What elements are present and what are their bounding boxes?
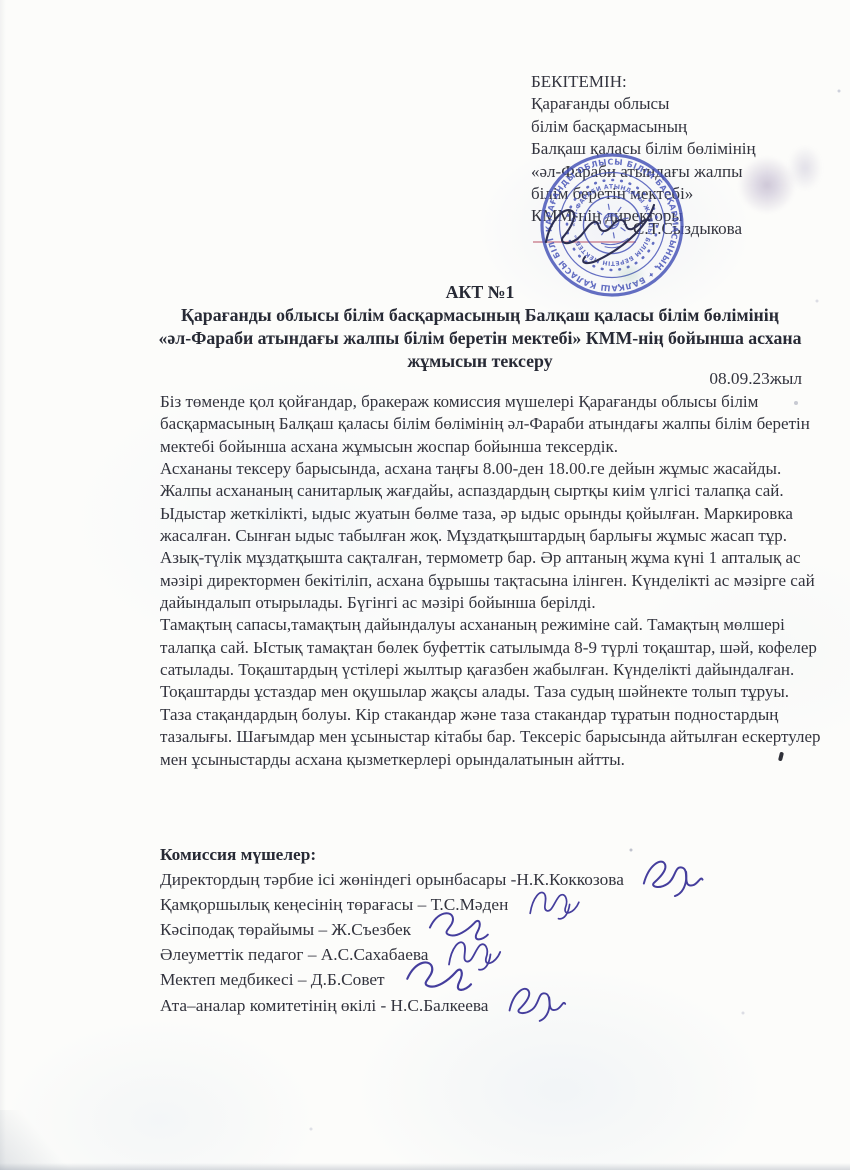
member-signature: [525, 879, 586, 922]
body-line: мәзірі директормен бекітіліп, асхана бұр…: [160, 570, 840, 592]
title-act-number: АКТ №1: [130, 281, 830, 304]
member-signature: [398, 948, 478, 1005]
body-text: Біз төменде қол қойғандар, бракераж коми…: [160, 391, 840, 771]
commission-member-row: Әлеуметтік педагог – А.С.Сахабаева: [160, 943, 840, 968]
commission-block: Комиссия мүшелер: Директордың тәрбие ісі…: [160, 842, 840, 1018]
body-line: тазалығы. Шағымдар мен ұсыныстар кітабы …: [160, 726, 840, 748]
body-line: басқармасының Балқаш қаласы білім бөлімі…: [160, 413, 840, 435]
commission-members: Директордың тәрбие ісі жөніндегі орынбас…: [160, 867, 840, 1018]
body-line: жасалған. Сынған ыдыс табылған жоқ. Мұзд…: [160, 525, 840, 547]
commission-member-row: Қамқоршылық кеңесінің төрағасы – Т.С.Мәд…: [160, 892, 840, 917]
body-line: сатылады. Тоқаштардың үстілері жылтыр қа…: [160, 659, 840, 681]
scan-specks: [0, 0, 2, 2]
body-line: дайындалып отырылады. Бүгінгі ас мәзірі …: [160, 592, 840, 614]
page-corner-fold: [0, 1110, 80, 1170]
document-date: 08.09.23жыл: [709, 369, 802, 389]
approval-line: Қарағанды облысы: [531, 93, 836, 115]
member-role-name: Кәсіподақ төрайымы – Ж.Съезбек: [160, 920, 411, 940]
page-bottom-edge: [0, 1163, 850, 1170]
member-role-name: Мектеп медбикесі – Д.Б.Совет: [160, 970, 385, 990]
body-line: мектебі бойынша асхана жұмысын жоспар бо…: [160, 436, 840, 458]
body-line: Асхананы тексеру барысында, асхана таңғы…: [160, 458, 840, 480]
document-title: АКТ №1 Қарағанды облысы білім басқармасы…: [130, 281, 830, 373]
body-line: талапқа сай. Ыстық тамақтан бөлек буфетт…: [160, 637, 840, 659]
commission-member-row: Директордың тәрбие ісі жөніндегі орынбас…: [160, 867, 840, 892]
member-signature: [502, 980, 568, 1024]
body-line: Азық-түлік мұздатқышта сақталған, термом…: [160, 547, 840, 569]
body-line: Жалпы асхананың санитарлық жағдайы, аспа…: [160, 480, 840, 502]
approval-line: БЕКІТЕМІН:: [531, 71, 836, 93]
body-line: Тоқаштарды ұстаздар мен оқушылар жақсы а…: [160, 681, 840, 703]
body-line: Ыдыстар жеткілікті, ыдыс жуатын бөлме та…: [160, 503, 840, 525]
title-line: «әл-Фараби атындағы жалпы білім беретін …: [130, 327, 830, 350]
member-role-name: Әлеуметтік педагог – А.С.Сахабаева: [160, 945, 428, 965]
body-line: мен ұсыныстарды асхана қызметкерлері оры…: [160, 749, 840, 771]
commission-heading: Комиссия мүшелер:: [160, 842, 840, 867]
commission-member-row: Ата–аналар комитетінің өкілі - Н.С.Балке…: [160, 993, 840, 1018]
ink-smudge-faint: [788, 145, 822, 191]
body-line: Таза стақандардың болуы. Кір стакандар ж…: [160, 704, 840, 726]
body-line: Тамақтың сапасы,тамақтың дайындалуы асха…: [160, 614, 840, 636]
approval-line: білім басқармасының: [531, 116, 836, 138]
title-line: Қарағанды облысы білім басқармасының Бал…: [130, 304, 830, 327]
member-signature: [635, 851, 707, 901]
scanned-act-document: БЕКІТЕМІН: Қарағанды облысы білім басқар…: [0, 0, 850, 1170]
body-line: Біз төменде қол қойғандар, бракераж коми…: [160, 391, 840, 413]
commission-member-row: Мектеп медбикесі – Д.Б.Совет: [160, 968, 840, 993]
